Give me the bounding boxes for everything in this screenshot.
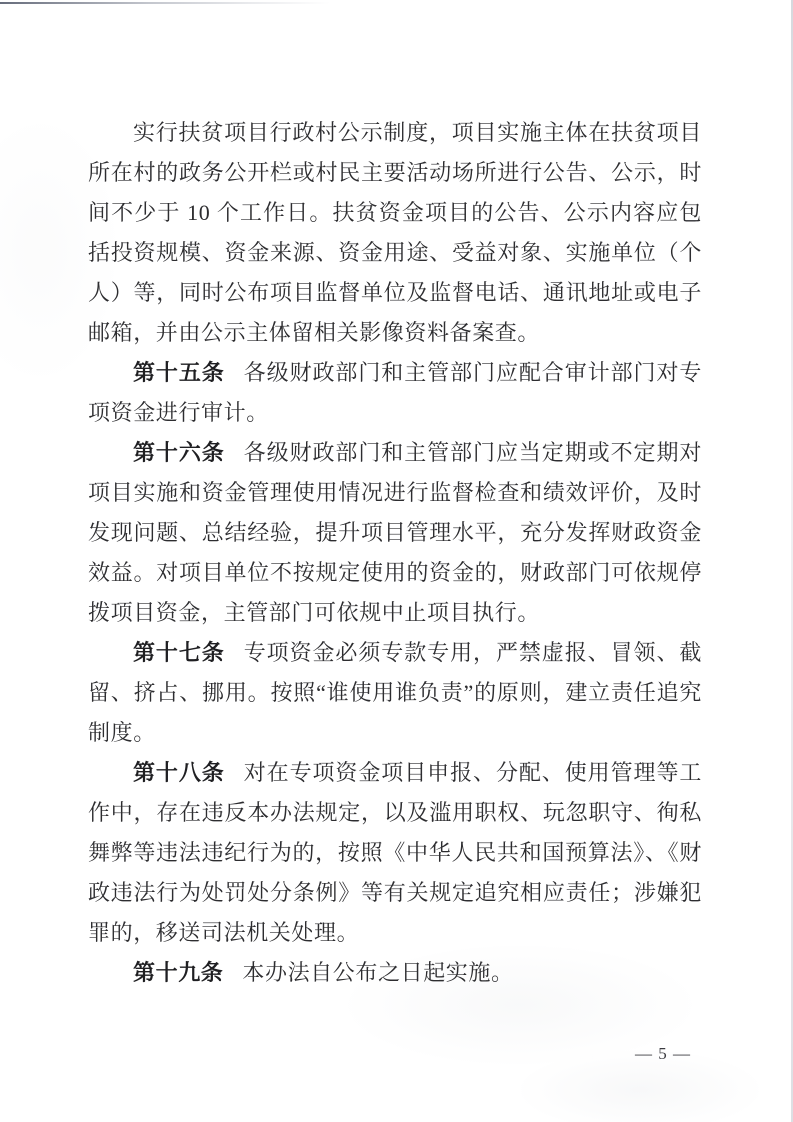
paragraph: 第十九条本办法自公布之日起实施。: [88, 953, 702, 993]
paragraph-text: 各级财政部门和主管部门应当定期或不定期对项目实施和资金管理使用情况进行监督检查和…: [88, 440, 702, 625]
article-number: 第十九条: [133, 960, 223, 985]
document-body: 实行扶贫项目行政村公示制度，项目实施主体在扶贫项目所在村的政务公开栏或村民主要活…: [88, 113, 702, 993]
scan-artifact-top-edge: [0, 2, 330, 4]
article-number: 第十五条: [133, 360, 225, 385]
article-number: 第十七条: [133, 640, 225, 665]
paragraph: 实行扶贫项目行政村公示制度，项目实施主体在扶贫项目所在村的政务公开栏或村民主要活…: [88, 113, 702, 353]
paragraph-text: 实行扶贫项目行政村公示制度，项目实施主体在扶贫项目所在村的政务公开栏或村民主要活…: [88, 120, 702, 345]
paragraph: 第十七条专项资金必须专款专用，严禁虚报、冒领、截留、挤占、挪用。按照“谁使用谁负…: [88, 633, 702, 753]
scanned-document-page: 实行扶贫项目行政村公示制度，项目实施主体在扶贫项目所在村的政务公开栏或村民主要活…: [0, 0, 793, 1122]
paragraph-text: 对在专项资金项目申报、分配、使用管理等工作中，存在违反本办法规定，以及滥用职权、…: [88, 760, 702, 945]
page-number: — 5 —: [628, 1042, 698, 1066]
paragraph: 第十六条各级财政部门和主管部门应当定期或不定期对项目实施和资金管理使用情况进行监…: [88, 433, 702, 633]
paragraph: 第十八条对在专项资金项目申报、分配、使用管理等工作中，存在违反本办法规定，以及滥…: [88, 753, 702, 953]
article-number: 第十八条: [133, 760, 225, 785]
article-number: 第十六条: [133, 440, 225, 465]
paragraph-text: 本办法自公布之日起实施。: [242, 960, 513, 985]
paragraph: 第十五条各级财政部门和主管部门应配合审计部门对专项资金进行审计。: [88, 353, 702, 433]
